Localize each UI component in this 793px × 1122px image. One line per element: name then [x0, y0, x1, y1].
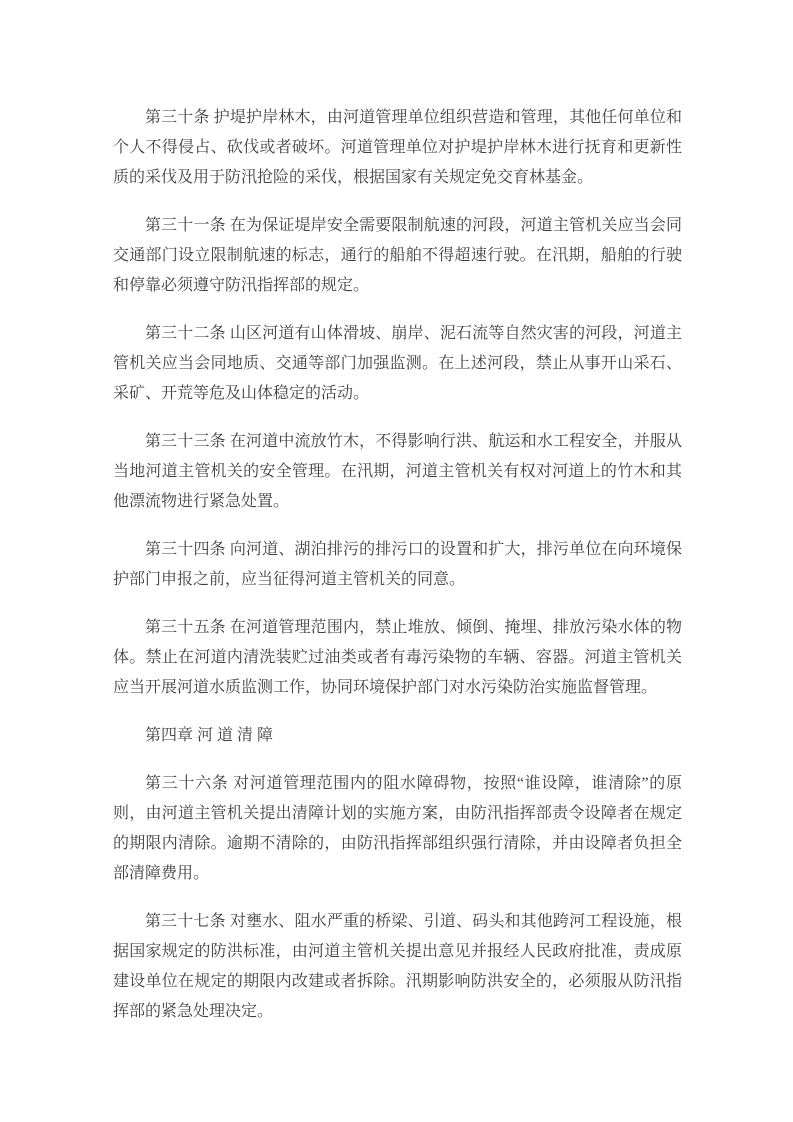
- article-36-paragraph: 第三十六条 对河道管理范围内的阻水障碍物，按照“谁设障，谁清除”的原则，由河道主…: [113, 769, 682, 889]
- article-31-paragraph: 第三十一条 在为保证堤岸安全需要限制航速的河段，河道主管机关应当会同交通部门设立…: [113, 211, 682, 301]
- document-content: 第三十条 护堤护岸林木，由河道管理单位组织营造和管理，其他任何单位和个人不得侵占…: [113, 103, 682, 1027]
- article-32-paragraph: 第三十二条 山区河道有山体滑坡、崩岸、泥石流等自然灾害的河段，河道主管机关应当会…: [113, 319, 682, 409]
- document-page: 第三十条 护堤护岸林木，由河道管理单位组织营造和管理，其他任何单位和个人不得侵占…: [0, 0, 793, 1122]
- article-33-paragraph: 第三十三条 在河道中流放竹木，不得影响行洪、航运和水工程安全，并服从当地河道主管…: [113, 427, 682, 517]
- chapter-4-heading: 第四章 河 道 清 障: [113, 721, 682, 751]
- article-30-paragraph: 第三十条 护堤护岸林木，由河道管理单位组织营造和管理，其他任何单位和个人不得侵占…: [113, 103, 682, 193]
- article-37-paragraph: 第三十七条 对壅水、阻水严重的桥梁、引道、码头和其他跨河工程设施，根据国家规定的…: [113, 907, 682, 1027]
- article-35-paragraph: 第三十五条 在河道管理范围内，禁止堆放、倾倒、掩埋、排放污染水体的物体。禁止在河…: [113, 613, 682, 703]
- article-34-paragraph: 第三十四条 向河道、湖泊排污的排污口的设置和扩大，排污单位在向环境保护部门申报之…: [113, 535, 682, 595]
